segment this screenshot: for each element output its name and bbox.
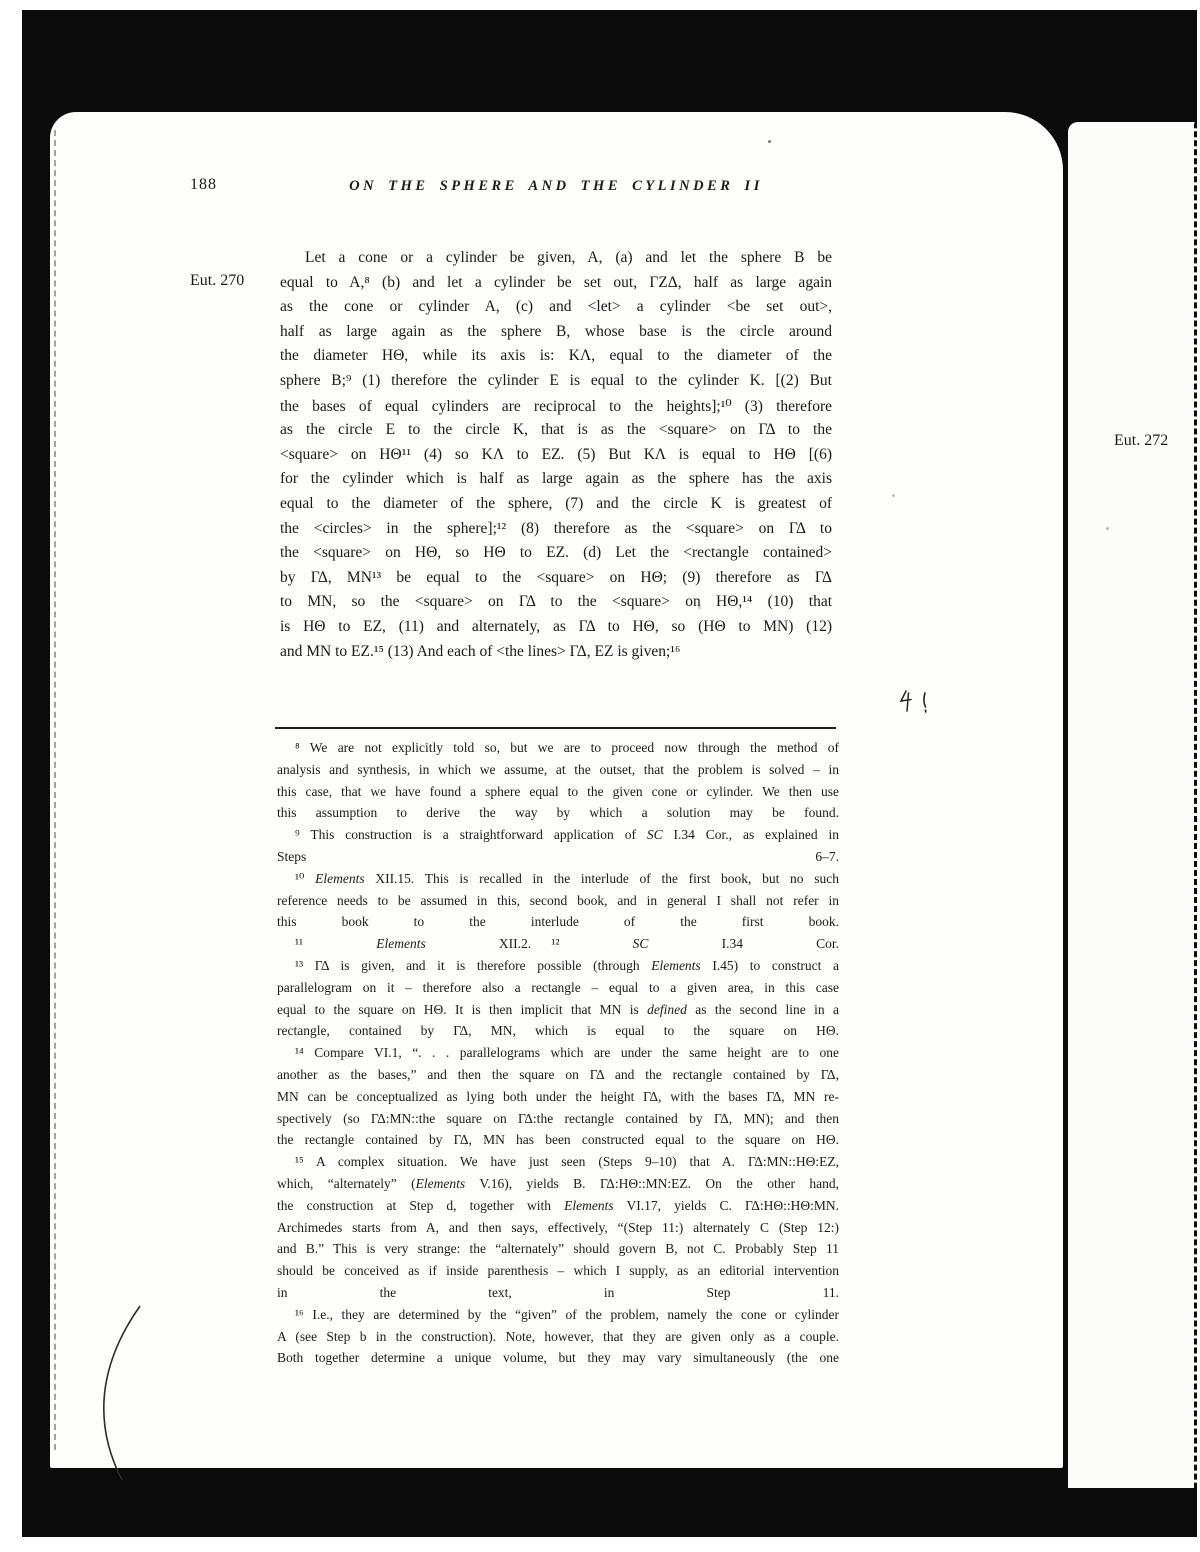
footnote-line: ¹¹ Elements XII.2. ¹² SC I.34 Cor. — [277, 936, 839, 958]
footnote-line: which, “alternately” (Elements V.16), yi… — [277, 1176, 839, 1198]
footnote-line: ¹⁶ I.e., they are determined by the “giv… — [277, 1307, 839, 1329]
text-line: is HΘ to EZ, (11) and alternately, as ΓΔ… — [280, 618, 832, 643]
footnote-line: rectangle, contained by ΓΔ, MN, which is… — [277, 1023, 839, 1045]
text-line: the diameter HΘ, while its axis is: KΛ, … — [280, 347, 832, 372]
text-line: half as large again as the sphere B, who… — [280, 323, 832, 348]
footnote-line: the rectangle contained by ΓΔ, MN has be… — [277, 1132, 839, 1154]
scan-speck — [698, 606, 701, 609]
footnote-line: should be conceived as if inside parenth… — [277, 1263, 839, 1285]
margin-note-right: Eut. 272 — [1114, 432, 1168, 450]
text-line: the <square> on HΘ, so HΘ to EZ. (d) Let… — [280, 544, 832, 569]
text-line: as the cone or cylinder A, (c) and <let>… — [280, 298, 832, 323]
margin-note-left: Eut. 270 — [190, 272, 244, 290]
text-line: the bases of equal cylinders are recipro… — [280, 397, 832, 422]
footnote-line: ¹⁵ A complex situation. We have just see… — [277, 1154, 839, 1176]
footnote-line: ⁹ This construction is a straightforward… — [277, 827, 839, 849]
scan-speck — [768, 140, 771, 143]
footnote-line: this case, that we have found a sphere e… — [277, 784, 839, 806]
footnote-line: parallelogram on it – therefore also a r… — [277, 980, 839, 1002]
book-page: 188 ON THE SPHERE AND THE CYLINDER II Eu… — [50, 112, 1063, 1468]
footnote-line: Both together determine a unique volume,… — [277, 1350, 839, 1372]
footnote-line: analysis and synthesis, in which we assu… — [277, 762, 839, 784]
main-text: Let a cone or a cylinder be given, A, (a… — [280, 249, 832, 667]
footnote-line: Steps 6–7. — [277, 849, 839, 871]
text-line: <square> on HΘ¹¹ (4) so KΛ to EZ. (5) Bu… — [280, 446, 832, 471]
footnote-line: and B.” This is very strange: the “alter… — [277, 1241, 839, 1263]
footnote-line: ¹³ ΓΔ is given, and it is therefore poss… — [277, 958, 839, 980]
footnote-line: MN can be conceptualized as lying both u… — [277, 1089, 839, 1111]
text-line: and MN to EZ.¹⁵ (13) And each of <the li… — [280, 643, 832, 668]
text-line: Let a cone or a cylinder be given, A, (a… — [280, 249, 832, 274]
text-line: equal to A,⁸ (b) and let a cylinder be s… — [280, 274, 832, 299]
footnote-line: the construction at Step d, together wit… — [277, 1198, 839, 1220]
footnote-line: this book to the interlude of the first … — [277, 914, 839, 936]
footnote-line: spectively (so ΓΔ:MN::the square on ΓΔ:t… — [277, 1111, 839, 1133]
page-edge-stitching — [54, 130, 56, 1450]
adjacent-page-edge: Eut. 272 — [1068, 122, 1197, 1488]
footnote-line: ¹⁴ Compare VI.1, “. . . parallelograms w… — [277, 1045, 839, 1067]
text-line: equal to the diameter of the sphere, (7)… — [280, 495, 832, 520]
text-line: by ΓΔ, MN¹³ be equal to the <square> on … — [280, 569, 832, 594]
footnote-rule — [275, 727, 836, 729]
pen-arc-mark — [70, 1292, 200, 1492]
text-line: to MN, so the <square> on ΓΔ to the <squ… — [280, 593, 832, 618]
running-header: ON THE SPHERE AND THE CYLINDER II — [280, 178, 832, 195]
scan-speck — [1106, 527, 1109, 530]
scan-speck — [892, 494, 895, 497]
page-number: 188 — [190, 176, 217, 194]
footnote-line: ¹⁰ Elements XII.15. This is recalled in … — [277, 871, 839, 893]
footnote-line: another as the bases,” and then the squa… — [277, 1067, 839, 1089]
text-line: sphere B;⁹ (1) therefore the cylinder E … — [280, 372, 832, 397]
footnote-line: A (see Step b in the construction). Note… — [277, 1329, 839, 1351]
footnote-line: reference needs to be assumed in this, s… — [277, 893, 839, 915]
footnote-line: in the text, in Step 11. — [277, 1285, 839, 1307]
handwritten-mark — [898, 688, 936, 716]
footnote-line: ⁸ We are not explicitly told so, but we … — [277, 740, 839, 762]
text-line: the <circles> in the sphere];¹² (8) ther… — [280, 520, 832, 545]
text-line: for the cylinder which is half as large … — [280, 470, 832, 495]
footnote-line: Archimedes starts from A, and then says,… — [277, 1220, 839, 1242]
footnotes: ⁸ We are not explicitly told so, but we … — [277, 740, 839, 1372]
footnote-line: equal to the square on HΘ. It is then im… — [277, 1002, 839, 1024]
text-line: as the circle E to the circle K, that is… — [280, 421, 832, 446]
footnote-line: this assumption to derive the way by whi… — [277, 805, 839, 827]
